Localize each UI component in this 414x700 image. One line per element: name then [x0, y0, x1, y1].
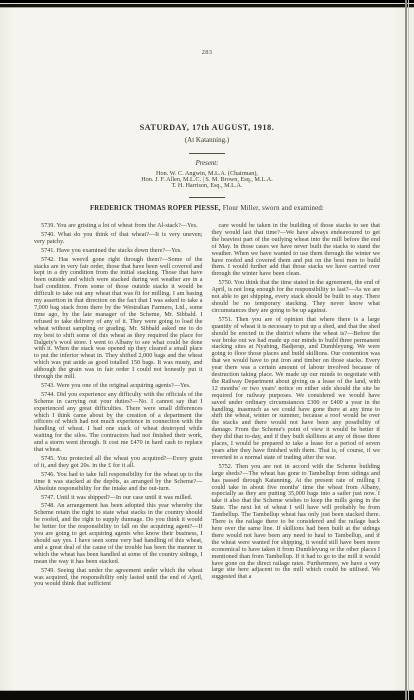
testimony-paragraph: 5748. An arrangement has been adopted th… [34, 503, 203, 565]
testimony-paragraph: 5740. What do you think of that wheat?—I… [34, 232, 203, 246]
testimony-paragraph: 5750. You think that the time stated in … [212, 280, 381, 315]
testimony-paragraph: 5739. You are gristing a lot of wheat fr… [34, 223, 203, 230]
testimony-paragraph: 5752. Then you are not in accord with th… [212, 464, 381, 581]
witness-name: FREDERICK THOMAS ROPER PIESSE, [90, 205, 221, 212]
testimony-paragraph: 5747. Until it was shipped?—In our case … [34, 495, 203, 502]
divider-rule [189, 197, 225, 198]
scan-edge-bottom [0, 690, 414, 700]
testimony-paragraph: care would be taken in the building of t… [212, 223, 381, 278]
present-label: Present: [0, 160, 414, 167]
testimony-paragraph: 5742. Has weevil gone right through them… [34, 257, 203, 381]
left-column: 5739. You are gristing a lot of wheat fr… [34, 223, 203, 590]
page-number: 283 [0, 49, 414, 56]
scan-edge-top [0, 0, 414, 8]
testimony-paragraph: 5749. Seeing that under the agreement un… [34, 568, 203, 589]
session-location: (At Katanning.) [0, 136, 414, 144]
divider-rule [189, 153, 225, 154]
testimony-paragraph: 5745. You protected all the wheat you ac… [34, 456, 203, 470]
present-member-line: T. H. Harrison, Esq., M.L.A. [0, 182, 414, 189]
witness-description: Flour Miller, sworn and examined: [221, 205, 324, 212]
testimony-paragraph: 5744. Did you experience any difficulty … [34, 392, 203, 454]
testimony-paragraph: 5741. Have you examined the stacks down … [34, 248, 203, 255]
scanned-document-page: 283 SATURDAY, 17th AUGUST, 1918. (At Kat… [0, 0, 414, 700]
page-edge-highlight [408, 0, 409, 700]
testimony-paragraph: 5751. Then you are of opinion that where… [212, 317, 381, 462]
session-date-heading: SATURDAY, 17th AUGUST, 1918. [0, 123, 414, 132]
witness-heading: FREDERICK THOMAS ROPER PIESSE, Flour Mil… [0, 205, 414, 212]
testimony-paragraph: 5743. Were you one of the original acqui… [34, 383, 203, 390]
page-edge-shadow [405, 0, 407, 700]
right-column: care would be taken in the building of t… [212, 223, 381, 590]
testimony-paragraph: 5746. You had to take full responsibilit… [34, 472, 203, 493]
two-column-body: 5739. You are gristing a lot of wheat fr… [34, 223, 380, 590]
